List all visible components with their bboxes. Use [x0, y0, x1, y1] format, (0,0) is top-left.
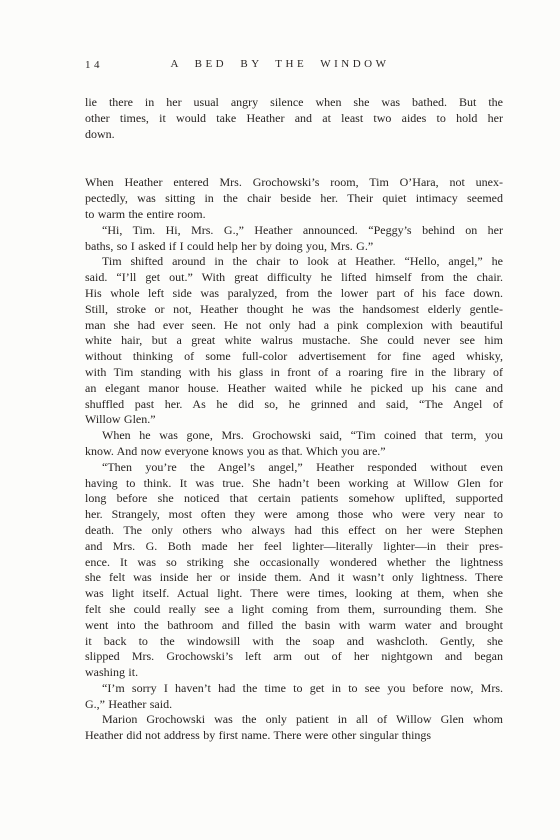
- text-line: Marion Grochowski was the only patient i…: [85, 712, 503, 728]
- text-line: pectedly, was sitting in the chair besid…: [85, 191, 503, 207]
- text-line: When he was gone, Mrs. Grochowski said, …: [85, 428, 503, 444]
- text-line: an elegant manor house. Heather waited w…: [85, 381, 503, 397]
- text-line: having to think. It was true. She hadn’t…: [85, 476, 503, 492]
- text-line: G.,” Heather said.: [85, 697, 503, 713]
- text-line: death. The only others who always had th…: [85, 523, 503, 539]
- text-line: white hair, but a great white walrus mus…: [85, 333, 503, 349]
- text-body: lie there in her usual angry silence whe…: [85, 95, 503, 744]
- text-line: washing it.: [85, 665, 503, 681]
- text-line: it back to the windowsill with the soap …: [85, 634, 503, 650]
- text-line: lie there in her usual angry silence whe…: [85, 95, 503, 111]
- paragraph: Tim shifted around in the chair to look …: [85, 254, 503, 428]
- text-line: His whole left side was paralyzed, from …: [85, 286, 503, 302]
- text-line: “Hi, Tim. Hi, Mrs. G.,” Heather announce…: [85, 223, 503, 239]
- running-title: A BED BY THE WINDOW: [71, 58, 489, 70]
- text-line: said. “I’ll get out.” With great difficu…: [85, 270, 503, 286]
- text-line: baths, so I asked if I could help her by…: [85, 239, 503, 255]
- text-line: long before she noticed that certain pat…: [85, 491, 503, 507]
- text-line: and Mrs. G. Both made her feel lighter—l…: [85, 539, 503, 555]
- text-line: she felt was inside her or inside them. …: [85, 570, 503, 586]
- paragraph: “Hi, Tim. Hi, Mrs. G.,” Heather announce…: [85, 223, 503, 255]
- text-line: down.: [85, 127, 503, 143]
- text-line: Willow Glen.”: [85, 412, 503, 428]
- text-line: slipped Mrs. Grochowski’s left arm out o…: [85, 649, 503, 665]
- text-line: When Heather entered Mrs. Grochowski’s r…: [85, 175, 503, 191]
- paragraph: Marion Grochowski was the only patient i…: [85, 712, 503, 744]
- text-line: shuffled past her. As he did so, he grin…: [85, 397, 503, 413]
- text-line: to warm the entire room.: [85, 207, 503, 223]
- text-line: “I’m sorry I haven’t had the time to get…: [85, 681, 503, 697]
- text-line: Still, stroke or not, Heather thought he…: [85, 302, 503, 318]
- text-line: other times, it would take Heather and a…: [85, 111, 503, 127]
- text-line: “Then you’re the Angel’s angel,” Heather…: [85, 460, 503, 476]
- text-line: Heather did not address by first name. T…: [85, 728, 503, 744]
- running-header: 14 A BED BY THE WINDOW: [85, 58, 503, 72]
- text-line: was light itself. Actual light. There we…: [85, 586, 503, 602]
- text-line: Tim shifted around in the chair to look …: [85, 254, 503, 270]
- text-line: felt she could really see a light coming…: [85, 602, 503, 618]
- text-line: with Tim standing with his glass in fron…: [85, 365, 503, 381]
- text-line: ence. It was so striking she occasionall…: [85, 555, 503, 571]
- paragraph: “I’m sorry I haven’t had the time to get…: [85, 681, 503, 713]
- text-line: went into the bathroom and filled the ba…: [85, 618, 503, 634]
- paragraph: “Then you’re the Angel’s angel,” Heather…: [85, 460, 503, 681]
- text-line: without thinking of some full-color adve…: [85, 349, 503, 365]
- text-line: man she had ever seen. He not only had a…: [85, 318, 503, 334]
- text-line: know. And now everyone knows you as that…: [85, 444, 503, 460]
- book-page: 14 A BED BY THE WINDOW lie there in her …: [0, 0, 560, 840]
- paragraph: lie there in her usual angry silence whe…: [85, 95, 503, 142]
- paragraph: When he was gone, Mrs. Grochowski said, …: [85, 428, 503, 460]
- text-line: her. Strangely, most often they were amo…: [85, 507, 503, 523]
- paragraph: When Heather entered Mrs. Grochowski’s r…: [85, 175, 503, 222]
